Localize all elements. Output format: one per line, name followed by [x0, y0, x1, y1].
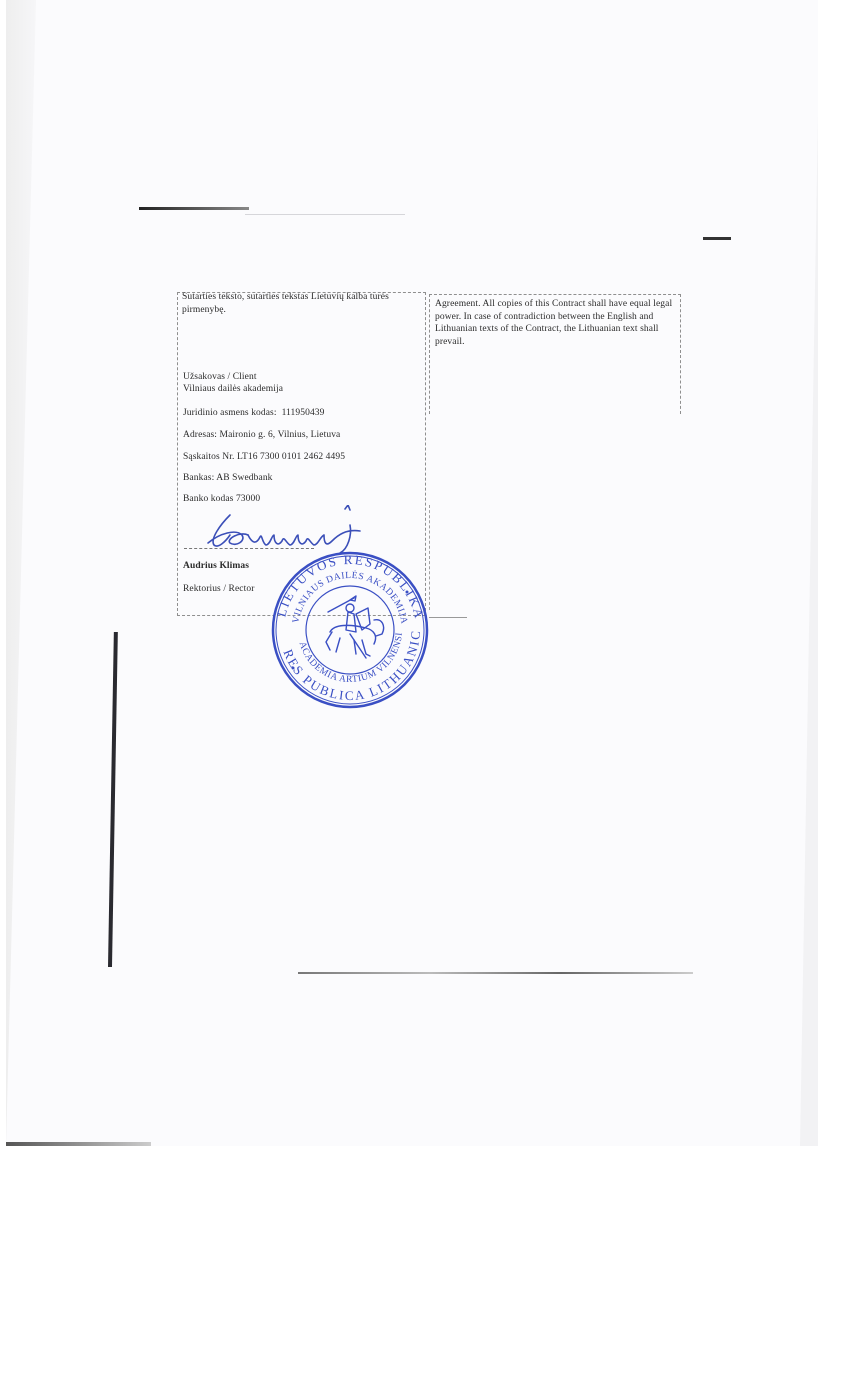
- field-label: Sąskaitos Nr.: [183, 452, 234, 462]
- field-value: 111950439: [282, 408, 325, 418]
- field-bank-code: Banko kodas 73000: [183, 493, 260, 506]
- signatory-title: Rektorius / Rector: [183, 583, 254, 596]
- field-label: Bankas:: [183, 473, 214, 483]
- organization-name: Vilniaus dailės akademija: [183, 383, 283, 396]
- field-value: LT16 7300 0101 2462 4495: [237, 452, 345, 462]
- field-label: Banko kodas: [183, 494, 233, 504]
- field-label: Juridinio asmens kodas:: [183, 408, 277, 418]
- scan-artifact-line: [703, 237, 731, 240]
- page-margin-right: [818, 0, 852, 1146]
- field-account-number: Sąskaitos Nr. LT16 7300 0101 2462 4495: [183, 451, 345, 464]
- page-bottom-edge: [6, 1142, 151, 1146]
- field-company-code: Juridinio asmens kodas: 111950439: [183, 407, 325, 420]
- vytis-knight-icon: [326, 596, 384, 658]
- official-stamp: LIETUVOS RESPUBLIKA VILNIAUS DAILĖS AKAD…: [270, 550, 430, 710]
- scan-artifact-line: [298, 972, 693, 974]
- field-value: AB Swedbank: [216, 473, 272, 483]
- table-border: [429, 617, 467, 618]
- scan-artifact-line: [245, 214, 405, 215]
- field-label: Adresas:: [183, 430, 217, 440]
- scan-artifact-line: [139, 207, 249, 210]
- english-clause-text: Agreement. All copies of this Contract s…: [435, 298, 680, 348]
- signatory-name: Audrius Klimas: [183, 560, 249, 573]
- party-role: Užsakovas / Client: [183, 371, 257, 384]
- handwritten-signature: [200, 505, 380, 555]
- field-bank: Bankas: AB Swedbank: [183, 472, 273, 485]
- lithuanian-clause-text: Sutarties teksto, sutarties tekstas Liet…: [182, 291, 417, 316]
- field-value: Maironio g. 6, Vilnius, Lietuva: [220, 430, 341, 440]
- field-address: Adresas: Maironio g. 6, Vilnius, Lietuva: [183, 429, 340, 442]
- field-value: 73000: [236, 494, 260, 504]
